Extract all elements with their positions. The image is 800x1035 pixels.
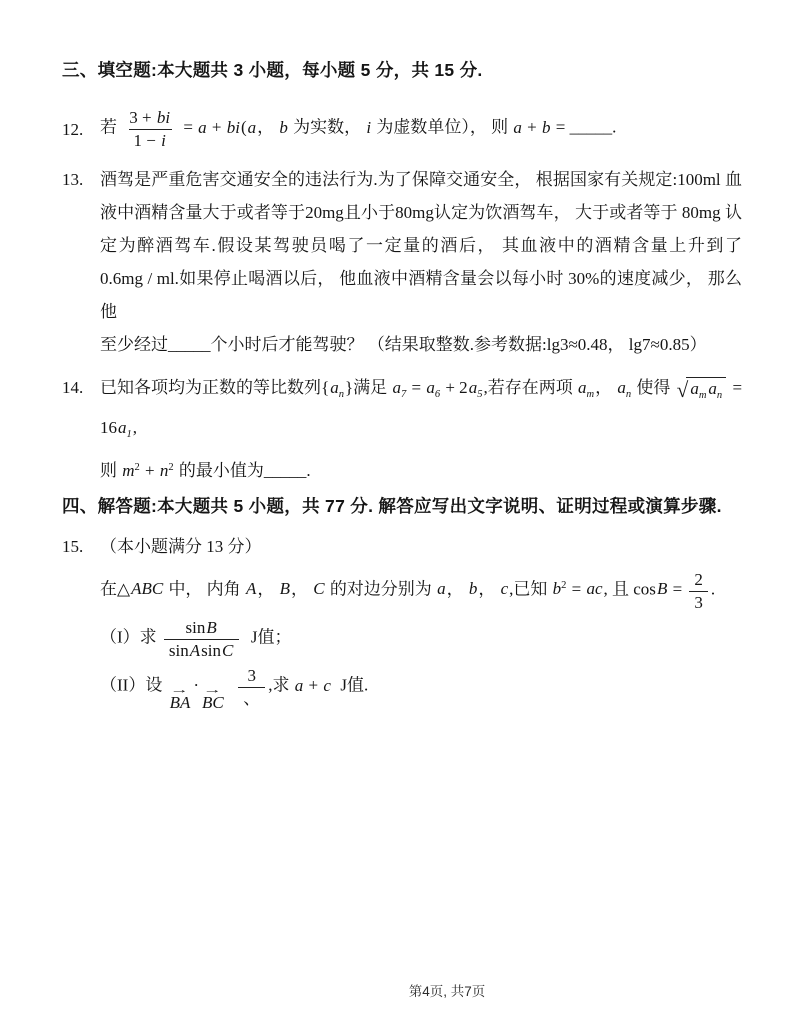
math-variable: an bbox=[707, 379, 723, 398]
math-variable: m2 bbox=[121, 461, 141, 480]
text-run: = bbox=[567, 579, 585, 598]
math-variable: c bbox=[322, 676, 332, 695]
math-variable: A bbox=[189, 641, 201, 660]
section3-heading: 三、填空题:本大题共 3 小题，每小题 5 分，共 15 分. bbox=[62, 58, 742, 83]
text-run: sin bbox=[186, 618, 206, 637]
text-run: 的最小值为_____. bbox=[175, 461, 311, 480]
vector-arrow-icon: → bbox=[204, 687, 223, 694]
math-variable: a7 bbox=[391, 378, 407, 397]
text-run: 3 + bbox=[129, 108, 156, 127]
text-run: 1 − bbox=[134, 131, 161, 150]
math-variable: b bbox=[541, 118, 552, 137]
text-run: （II）设 bbox=[100, 676, 167, 695]
math-variable: am bbox=[689, 379, 707, 398]
page-footer: 第4页, 共7页 bbox=[0, 980, 800, 1000]
page-content: 三、填空题:本大题共 3 小题，每小题 5 分，共 15 分. 12. 若 3 … bbox=[62, 58, 742, 711]
fraction: 23 bbox=[689, 569, 708, 612]
math-variable: a bbox=[294, 676, 305, 695]
math-variable: bi bbox=[226, 118, 241, 137]
question-15: 15. （本小题满分 13 分） 在△ABC 中， 内角 A， B， C 的对边… bbox=[62, 530, 742, 711]
text-run: ,已知 bbox=[509, 579, 552, 598]
text-run: （I）求 bbox=[100, 628, 161, 647]
math-variable: n2 bbox=[159, 461, 175, 480]
math-variable: c bbox=[500, 579, 510, 598]
fraction: sinBsinAsinC bbox=[164, 617, 239, 660]
math-variable: ABC bbox=[130, 579, 164, 598]
text-run: + 2 bbox=[441, 378, 468, 397]
fraction-numerator: sinB bbox=[181, 617, 223, 639]
math-variable: BA bbox=[169, 694, 192, 712]
text-run: 3 bbox=[694, 593, 703, 612]
math-variable: B bbox=[656, 579, 668, 598]
question-line: 则 m2 + n2 的最小值为_____. bbox=[62, 451, 742, 487]
math-variable: b2 bbox=[552, 579, 568, 598]
vector-symbol: →BC bbox=[201, 687, 225, 712]
math-variable: B bbox=[279, 579, 291, 598]
math-variable: a6 bbox=[425, 378, 441, 397]
fraction-denominator: 、 bbox=[238, 687, 265, 709]
radicand: aman bbox=[686, 377, 726, 402]
fraction-denominator: sinAsinC bbox=[164, 639, 239, 661]
question-14: 14. 已知各项均为正数的等比数列{an}满足 a7 = a6 + 2a5,若存… bbox=[62, 371, 742, 487]
question-line: 至少经过_____个小时后才能驾驶？ （结果取整数.参考数据:lg3≈0.48，… bbox=[62, 328, 742, 361]
math-variable: am bbox=[577, 378, 595, 397]
fraction-numerator: 3 bbox=[243, 665, 262, 687]
question-text: 已知各项均为正数的等比数列{an}满足 a7 = a6 + 2a5,若存在两项 … bbox=[100, 371, 742, 451]
question-line: 13. 酒驾是严重危害交通安全的违法行为.为了保障交通安全， 根据国家有关规定:… bbox=[62, 163, 742, 196]
fraction-denominator: 3 bbox=[689, 591, 708, 613]
math-variable: i bbox=[160, 131, 167, 150]
text-run: 在 bbox=[100, 579, 117, 598]
math-variable: a bbox=[512, 118, 523, 137]
text-run: ， bbox=[478, 579, 499, 598]
math-variable: BC bbox=[201, 694, 225, 712]
text-run: ， bbox=[257, 118, 278, 137]
text-run: ,若存在两项 bbox=[483, 378, 577, 397]
text-run: 已知各项均为正数的等比数列 bbox=[100, 378, 321, 397]
fraction-numerator: 2 bbox=[689, 569, 708, 591]
math-variable: b bbox=[468, 579, 479, 598]
math-variable: b bbox=[278, 118, 289, 137]
fraction: 3、 bbox=[238, 665, 265, 708]
math-variable: A bbox=[245, 579, 257, 598]
text-run: } bbox=[345, 378, 353, 397]
text-run: 满足 bbox=[353, 378, 391, 397]
text-run: 2 bbox=[694, 570, 703, 589]
text-run bbox=[227, 676, 236, 695]
text-run: 为实数， bbox=[289, 118, 366, 137]
math-variable: a5 bbox=[468, 378, 484, 397]
question-line: 12. 若 3 + bi1 − i = a + bi(a， b 为实数， i 为… bbox=[62, 104, 742, 154]
text-run: △ bbox=[117, 579, 130, 598]
text-run: 则 bbox=[100, 461, 121, 480]
text-run: = bbox=[179, 118, 197, 137]
question-text: 若 3 + bi1 − i = a + bi(a， b 为实数， i 为虚数单位… bbox=[100, 107, 742, 150]
question-number: 14. bbox=[62, 371, 100, 451]
question-line: 14. 已知各项均为正数的等比数列{an}满足 a7 = a6 + 2a5,若存… bbox=[62, 371, 742, 451]
text-run: , 且 cos bbox=[604, 579, 656, 598]
question-text: 酒驾是严重危害交通安全的违法行为.为了保障交通安全， 根据国家有关规定:100m… bbox=[100, 163, 742, 196]
text-run: 的对边分别为 bbox=[326, 579, 437, 598]
text-run: = bbox=[407, 378, 425, 397]
text-run: · bbox=[193, 676, 199, 695]
text-run: . bbox=[711, 579, 715, 598]
text-run: J值. bbox=[332, 676, 368, 695]
text-run: + bbox=[523, 118, 541, 137]
math-variable: C bbox=[221, 641, 234, 660]
exam-page: 三、填空题:本大题共 3 小题，每小题 5 分，共 15 分. 12. 若 3 … bbox=[0, 0, 800, 1035]
question-body: 在△ABC 中， 内角 A， B， C 的对边分别为 a， b， c,已知 b2… bbox=[62, 569, 742, 612]
text-run: J值； bbox=[242, 628, 291, 647]
text-run: sin bbox=[169, 641, 189, 660]
question-number: 15. bbox=[62, 530, 100, 563]
section4-heading: 四、解答题:本大题共 5 小题，共 77 分. 解答应写出文字说明、证明过程或演… bbox=[62, 494, 742, 519]
question-part-2: （II）设 →BA·→BC 3、,求 a + c J值. bbox=[62, 665, 742, 711]
question-number: 12. bbox=[62, 113, 100, 146]
vector-arrow-icon: → bbox=[171, 687, 190, 694]
text-run: ， bbox=[595, 378, 616, 397]
question-line: 0.6mg / ml.如果停止喝酒以后， 他血液中酒精含量会以每小时 30%的速… bbox=[62, 262, 742, 328]
math-variable: a bbox=[247, 118, 258, 137]
text-run: ,求 bbox=[268, 676, 294, 695]
question-12: 12. 若 3 + bi1 − i = a + bi(a， b 为实数， i 为… bbox=[62, 104, 742, 154]
math-variable: an bbox=[329, 378, 345, 397]
text-run: sin bbox=[201, 641, 221, 660]
text-run: ， bbox=[257, 579, 278, 598]
math-variable: ac bbox=[585, 579, 603, 598]
text-run: 、 bbox=[243, 689, 260, 708]
text-run: ， bbox=[447, 579, 468, 598]
question-part-1: （I）求 sinBsinAsinC J值； bbox=[62, 617, 742, 660]
math-variable: B bbox=[205, 618, 217, 637]
question-line: 15. （本小题满分 13 分） bbox=[62, 530, 742, 563]
text-run: ， bbox=[291, 579, 312, 598]
text-run: 为虚数单位）， 则 bbox=[372, 118, 512, 137]
fraction-denominator: 1 − i bbox=[129, 129, 172, 151]
math-variable: a1 bbox=[117, 418, 133, 437]
math-variable: an bbox=[616, 378, 632, 397]
math-variable: C bbox=[312, 579, 325, 598]
text-run: { bbox=[321, 378, 329, 397]
math-variable: a bbox=[197, 118, 208, 137]
text-run: + bbox=[141, 461, 159, 480]
math-variable: a bbox=[436, 579, 447, 598]
text-run: ( bbox=[241, 118, 247, 137]
text-run: + bbox=[304, 676, 322, 695]
question-line: 液中酒精含量大于或者等于20mg且小于80mg认定为饮酒驾车， 大于或者等于 8… bbox=[62, 196, 742, 229]
text-run: 使得 bbox=[632, 378, 675, 397]
text-run: + bbox=[208, 118, 226, 137]
sqrt-radical: √aman bbox=[677, 377, 727, 402]
question-title: （本小题满分 13 分） bbox=[100, 530, 742, 563]
question-number: 13. bbox=[62, 163, 100, 196]
text-run: = _____. bbox=[552, 118, 617, 137]
question-line: 定为醉酒驾车.假设某驾驶员喝了一定量的酒后， 其血液中的酒精含量上升到了 bbox=[62, 229, 742, 262]
math-variable: bi bbox=[156, 108, 171, 127]
fraction: 3 + bi1 − i bbox=[124, 107, 176, 150]
text-run: , bbox=[133, 418, 137, 437]
question-13: 13. 酒驾是严重危害交通安全的违法行为.为了保障交通安全， 根据国家有关规定:… bbox=[62, 163, 742, 361]
vector-symbol: →BA bbox=[169, 687, 192, 712]
text-run: 中， 内角 bbox=[164, 579, 245, 598]
fraction-numerator: 3 + bi bbox=[124, 107, 176, 129]
text-run: = bbox=[668, 579, 686, 598]
text-run: 3 bbox=[248, 666, 257, 685]
text-run: 若 bbox=[100, 118, 121, 137]
